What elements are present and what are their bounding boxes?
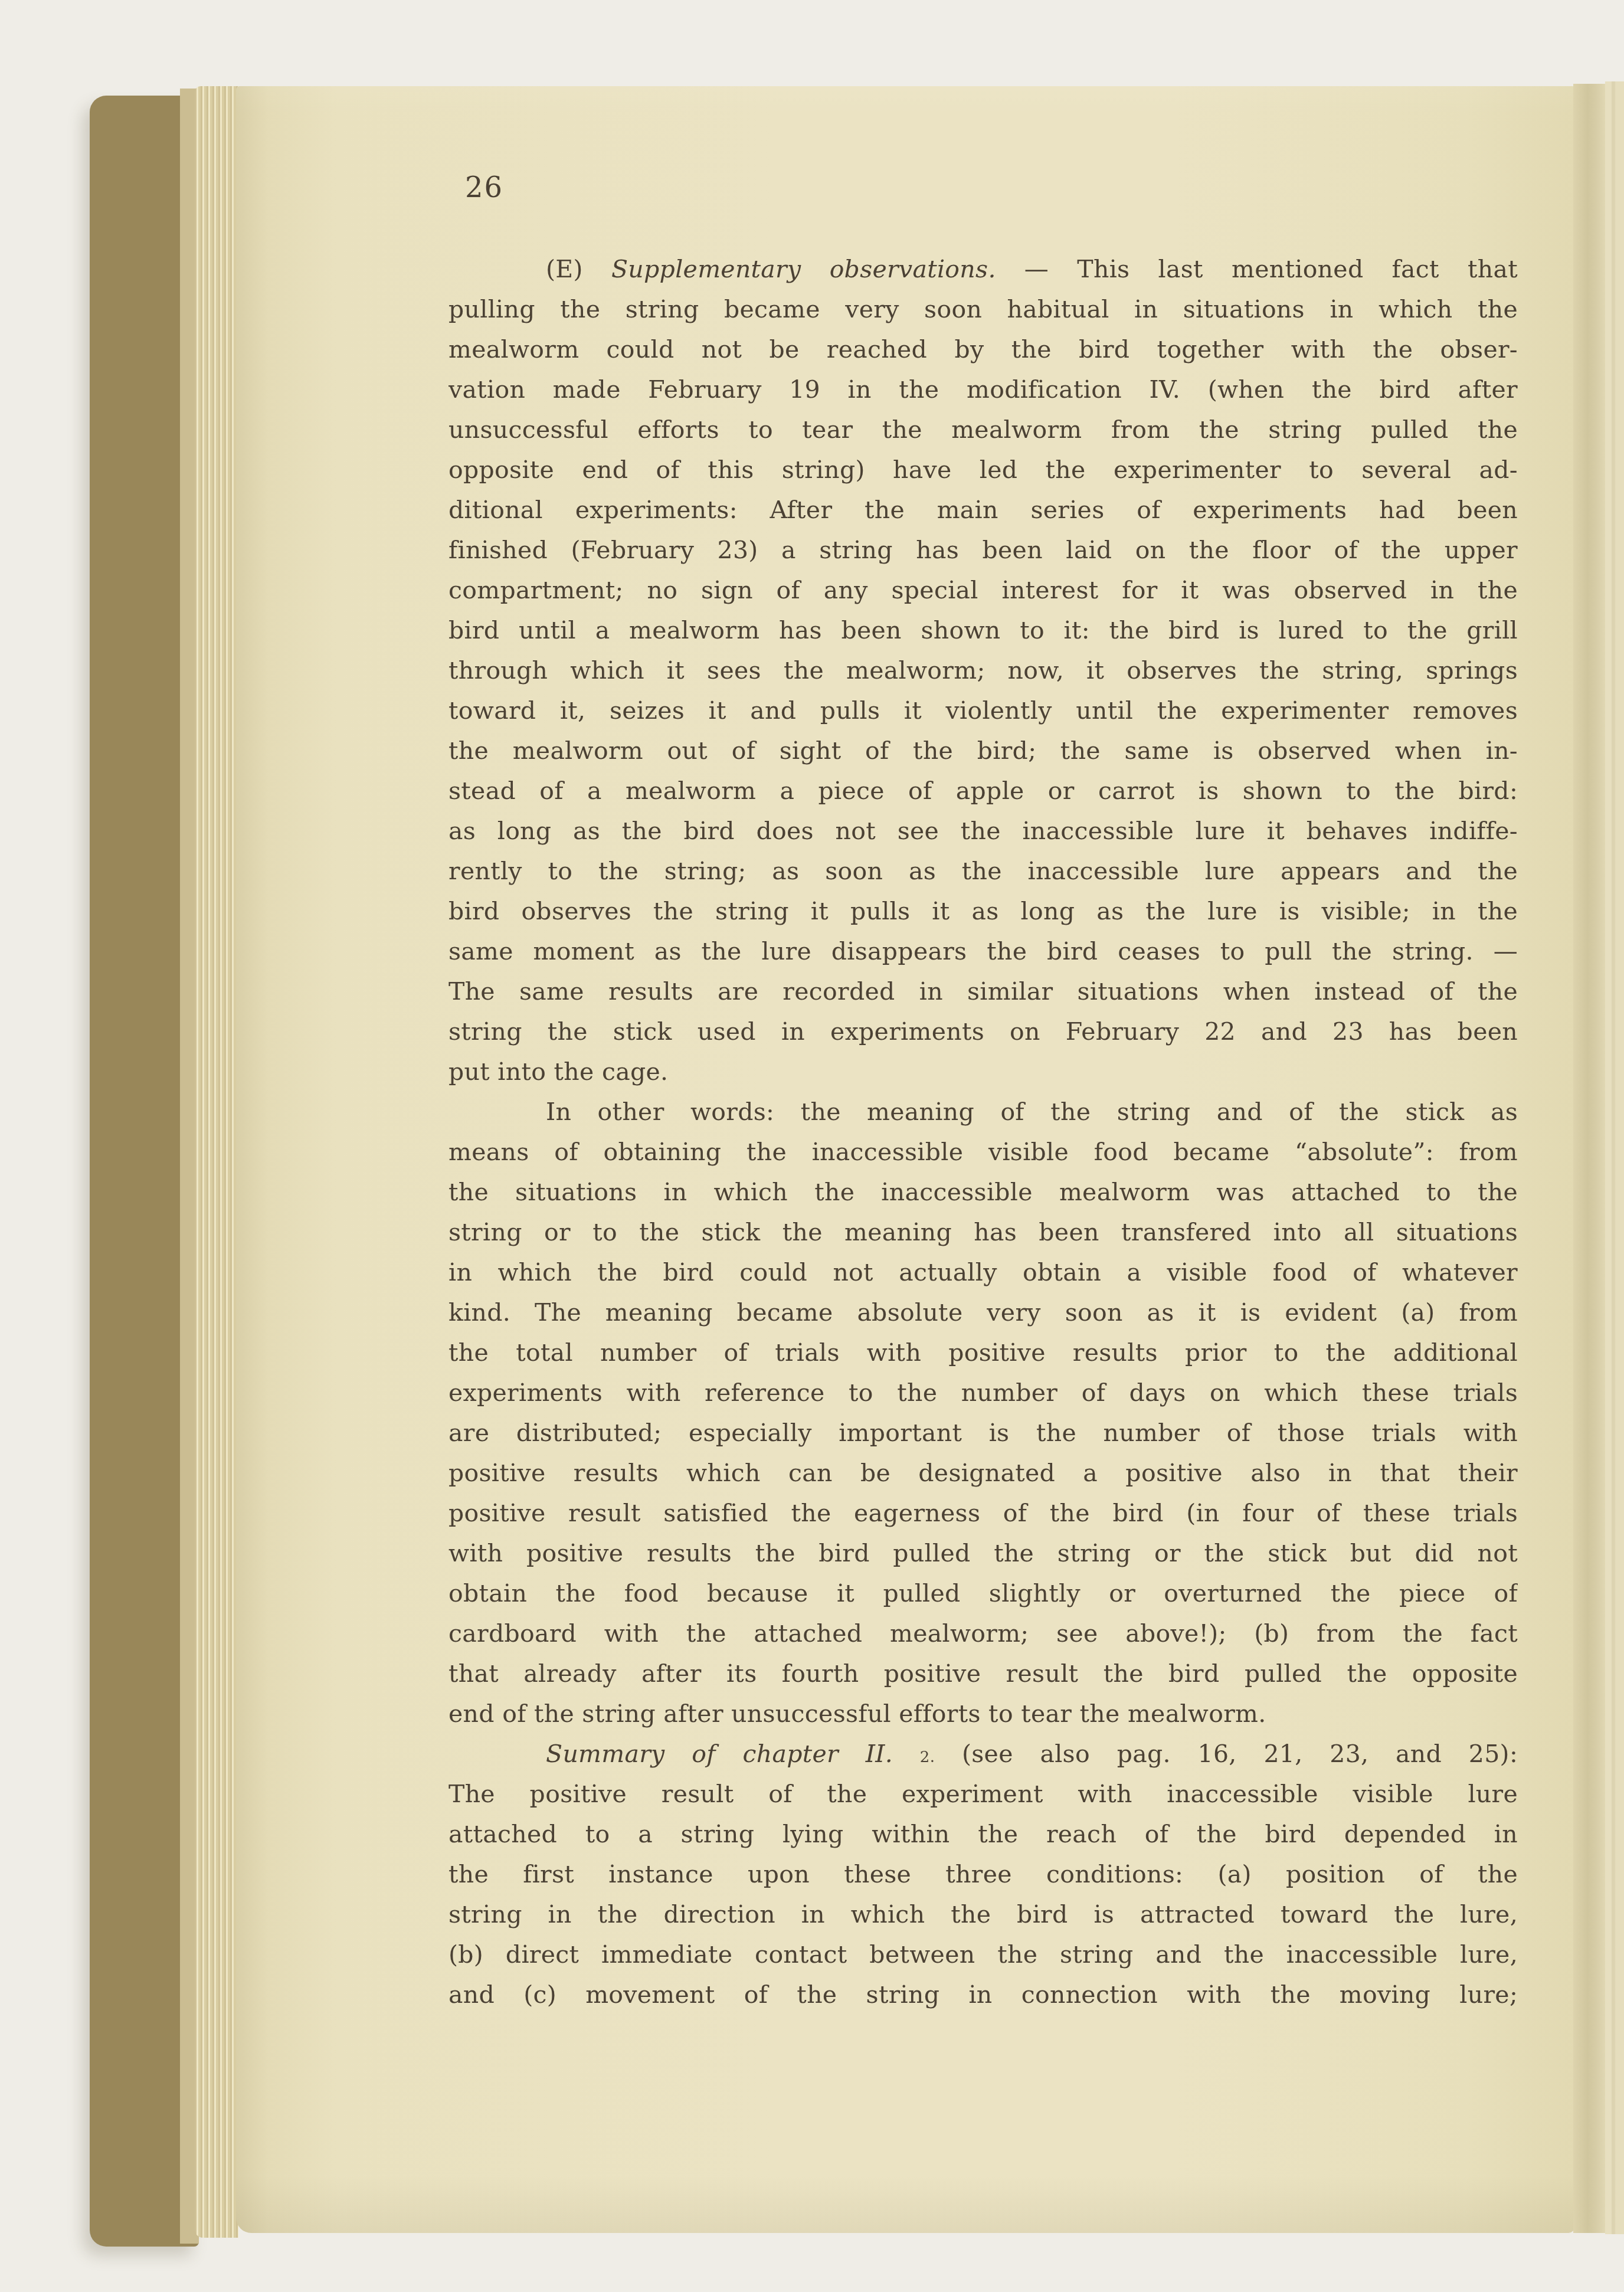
text-line: the situations in which the inaccessible… xyxy=(448,1172,1518,1212)
text-line: vation made February 19 in the modificat… xyxy=(448,369,1518,410)
text-line: bird observes the string it pulls it as … xyxy=(448,891,1518,931)
text-segment: Summary of chapter II. xyxy=(546,1740,893,1768)
text-line: experiments with reference to the number… xyxy=(448,1373,1518,1413)
text-line: stead of a mealworm a piece of apple or … xyxy=(448,771,1518,811)
text-line: The positive result of the experiment wi… xyxy=(448,1774,1518,1814)
text-line: in which the bird could not actually obt… xyxy=(448,1252,1518,1292)
text-line: unsuccessful efforts to tear the mealwor… xyxy=(448,410,1518,450)
text-line: pulling the string became very soon habi… xyxy=(448,289,1518,329)
paragraph-3: Summary of chapter II. 2. (see also pag.… xyxy=(448,1734,1518,2015)
text-segment: — This last mentioned fact that xyxy=(996,255,1518,283)
text-line: end of the string after unsuccessful eff… xyxy=(448,1694,1518,1734)
text-segment: end of the string after unsuccessful eff… xyxy=(448,1700,1266,1728)
text-block: (E) Supplementary observations. — This l… xyxy=(448,249,1518,2015)
text-line: string or to the stick the meaning has b… xyxy=(448,1212,1518,1252)
text-line: put into the cage. xyxy=(448,1052,1518,1092)
text-line: Summary of chapter II. 2. (see also pag.… xyxy=(448,1734,1518,1774)
text-line: with positive results the bird pulled th… xyxy=(448,1533,1518,1573)
text-line: positive results which can be designated… xyxy=(448,1453,1518,1493)
text-line: obtain the food because it pulled slight… xyxy=(448,1573,1518,1613)
text-line: toward it, seizes it and pulls it violen… xyxy=(448,690,1518,731)
text-segment xyxy=(893,1740,920,1768)
text-line: the first instance upon these three cond… xyxy=(448,1854,1518,1894)
text-segment: 2. xyxy=(920,1749,935,1766)
text-line: (E) Supplementary observations. — This l… xyxy=(448,249,1518,289)
text-segment: Supplementary observations. xyxy=(611,255,996,283)
text-line: opposite end of this string) have led th… xyxy=(448,450,1518,490)
paragraph-1: (E) Supplementary observations. — This l… xyxy=(448,249,1518,1092)
text-line: means of obtaining the inaccessible visi… xyxy=(448,1132,1518,1172)
page-edge-stack xyxy=(195,86,238,2238)
text-line: string the stick used in experiments on … xyxy=(448,1011,1518,1052)
scan-backdrop: { "document": { "type": "scanned-book-pa… xyxy=(0,0,1624,2292)
text-segment: put into the cage. xyxy=(448,1057,668,1086)
text-line: string in the direction in which the bir… xyxy=(448,1894,1518,1934)
text-line: kind. The meaning became absolute very s… xyxy=(448,1292,1518,1332)
text-line: bird until a mealworm has been shown to … xyxy=(448,610,1518,650)
text-line: the total number of trials with positive… xyxy=(448,1332,1518,1373)
text-line: rently to the string; as soon as the ina… xyxy=(448,851,1518,891)
text-line: attached to a string lying within the re… xyxy=(448,1814,1518,1854)
text-line: mealworm could not be reached by the bir… xyxy=(448,329,1518,369)
text-line: the mealworm out of sight of the bird; t… xyxy=(448,731,1518,771)
text-line: same moment as the lure disappears the b… xyxy=(448,931,1518,971)
text-line: ditional experiments: After the main ser… xyxy=(448,490,1518,530)
text-line: and (c) movement of the string in connec… xyxy=(448,1975,1518,2015)
text-line: as long as the bird does not see the ina… xyxy=(448,811,1518,851)
text-line: through which it sees the mealworm; now,… xyxy=(448,650,1518,690)
text-line: The same results are recorded in similar… xyxy=(448,971,1518,1011)
text-line: positive result satisfied the eagerness … xyxy=(448,1493,1518,1533)
text-segment: (see also pag. 16, 21, 23, and 25): xyxy=(935,1740,1518,1768)
paragraph-2: In other words: the meaning of the strin… xyxy=(448,1092,1518,1734)
text-line: that already after its fourth positive r… xyxy=(448,1653,1518,1694)
facing-page-edge xyxy=(1605,81,1624,2234)
text-line: (b) direct immediate contact between the… xyxy=(448,1934,1518,1975)
text-line: finished (February 23) a string has been… xyxy=(448,530,1518,570)
text-line: compartment; no sign of any special inte… xyxy=(448,570,1518,610)
scan-background: 26 (E) Supplementary observations. — Thi… xyxy=(0,0,1624,2292)
text-segment: (E) xyxy=(546,255,611,283)
page-number: 26 xyxy=(465,171,503,204)
text-line: are distributed; especially important is… xyxy=(448,1413,1518,1453)
text-line: cardboard with the attached mealworm; se… xyxy=(448,1613,1518,1653)
text-line: In other words: the meaning of the strin… xyxy=(448,1092,1518,1132)
gutter-shadow xyxy=(1573,84,1605,2233)
